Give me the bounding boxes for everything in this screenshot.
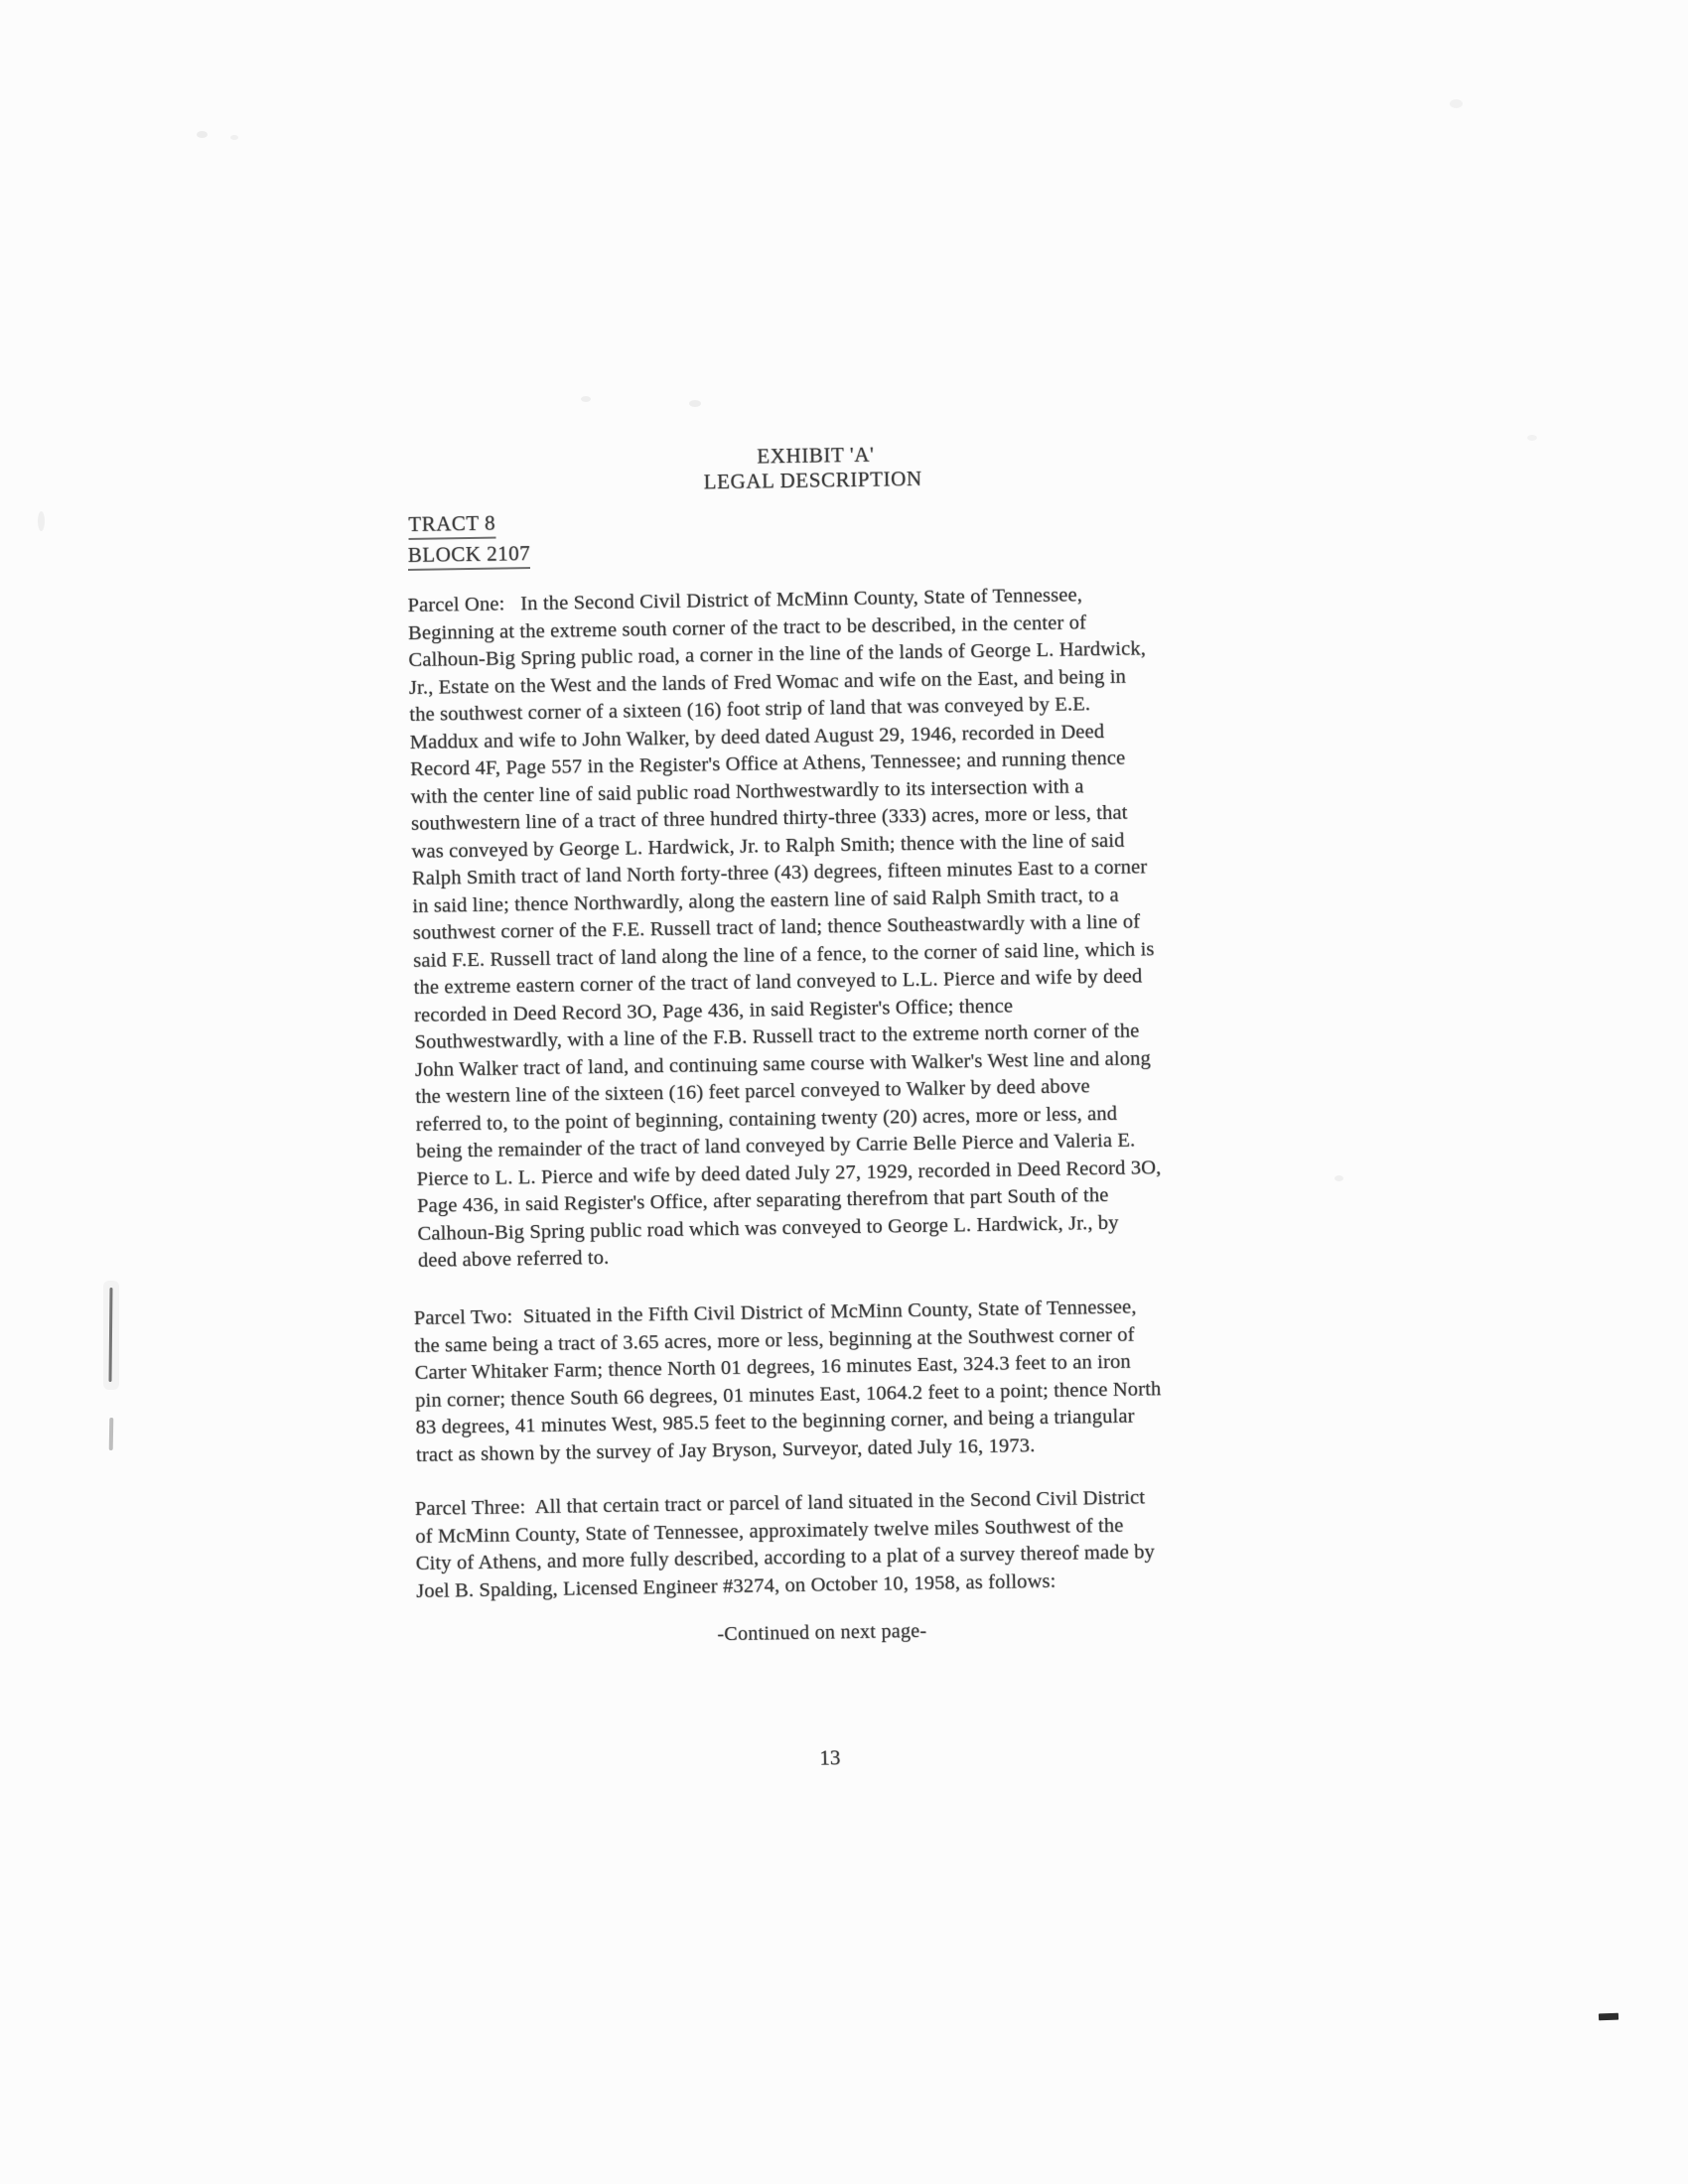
legal-description-title: LEGAL DESCRIPTION [703, 467, 921, 494]
scan-artifact-small-line [109, 1418, 114, 1450]
scan-speck [581, 396, 591, 402]
parcel-two-paragraph: Parcel Two: Situated in the Fifth Civil … [414, 1294, 1163, 1469]
parcel-one-paragraph: Parcel One: In the Second Civil District… [407, 581, 1163, 1275]
scan-artifact-dash [1599, 2013, 1618, 2021]
continued-on-next-page-note: -Continued on next page- [406, 1615, 1238, 1651]
scan-speck [197, 131, 208, 138]
scan-speck [1527, 435, 1537, 441]
block-label: BLOCK 2107 [408, 541, 531, 571]
scan-speck [1450, 99, 1463, 108]
scan-speck [1335, 1175, 1343, 1181]
exhibit-title: EXHIBIT 'A' [757, 443, 875, 470]
scan-speck [38, 511, 45, 531]
scan-content: EXHIBIT 'A' LEGAL DESCRIPTION TRACT 8 BL… [405, 430, 1321, 1853]
scan-speck [689, 400, 701, 407]
parcel-three-paragraph: Parcel Three: All that certain tract or … [415, 1484, 1156, 1605]
scanned-document-page: EXHIBIT 'A' LEGAL DESCRIPTION TRACT 8 BL… [0, 0, 1688, 2184]
page-number: 13 [406, 1739, 1254, 1777]
tract-label: TRACT 8 [408, 511, 495, 540]
scan-speck [230, 135, 238, 140]
